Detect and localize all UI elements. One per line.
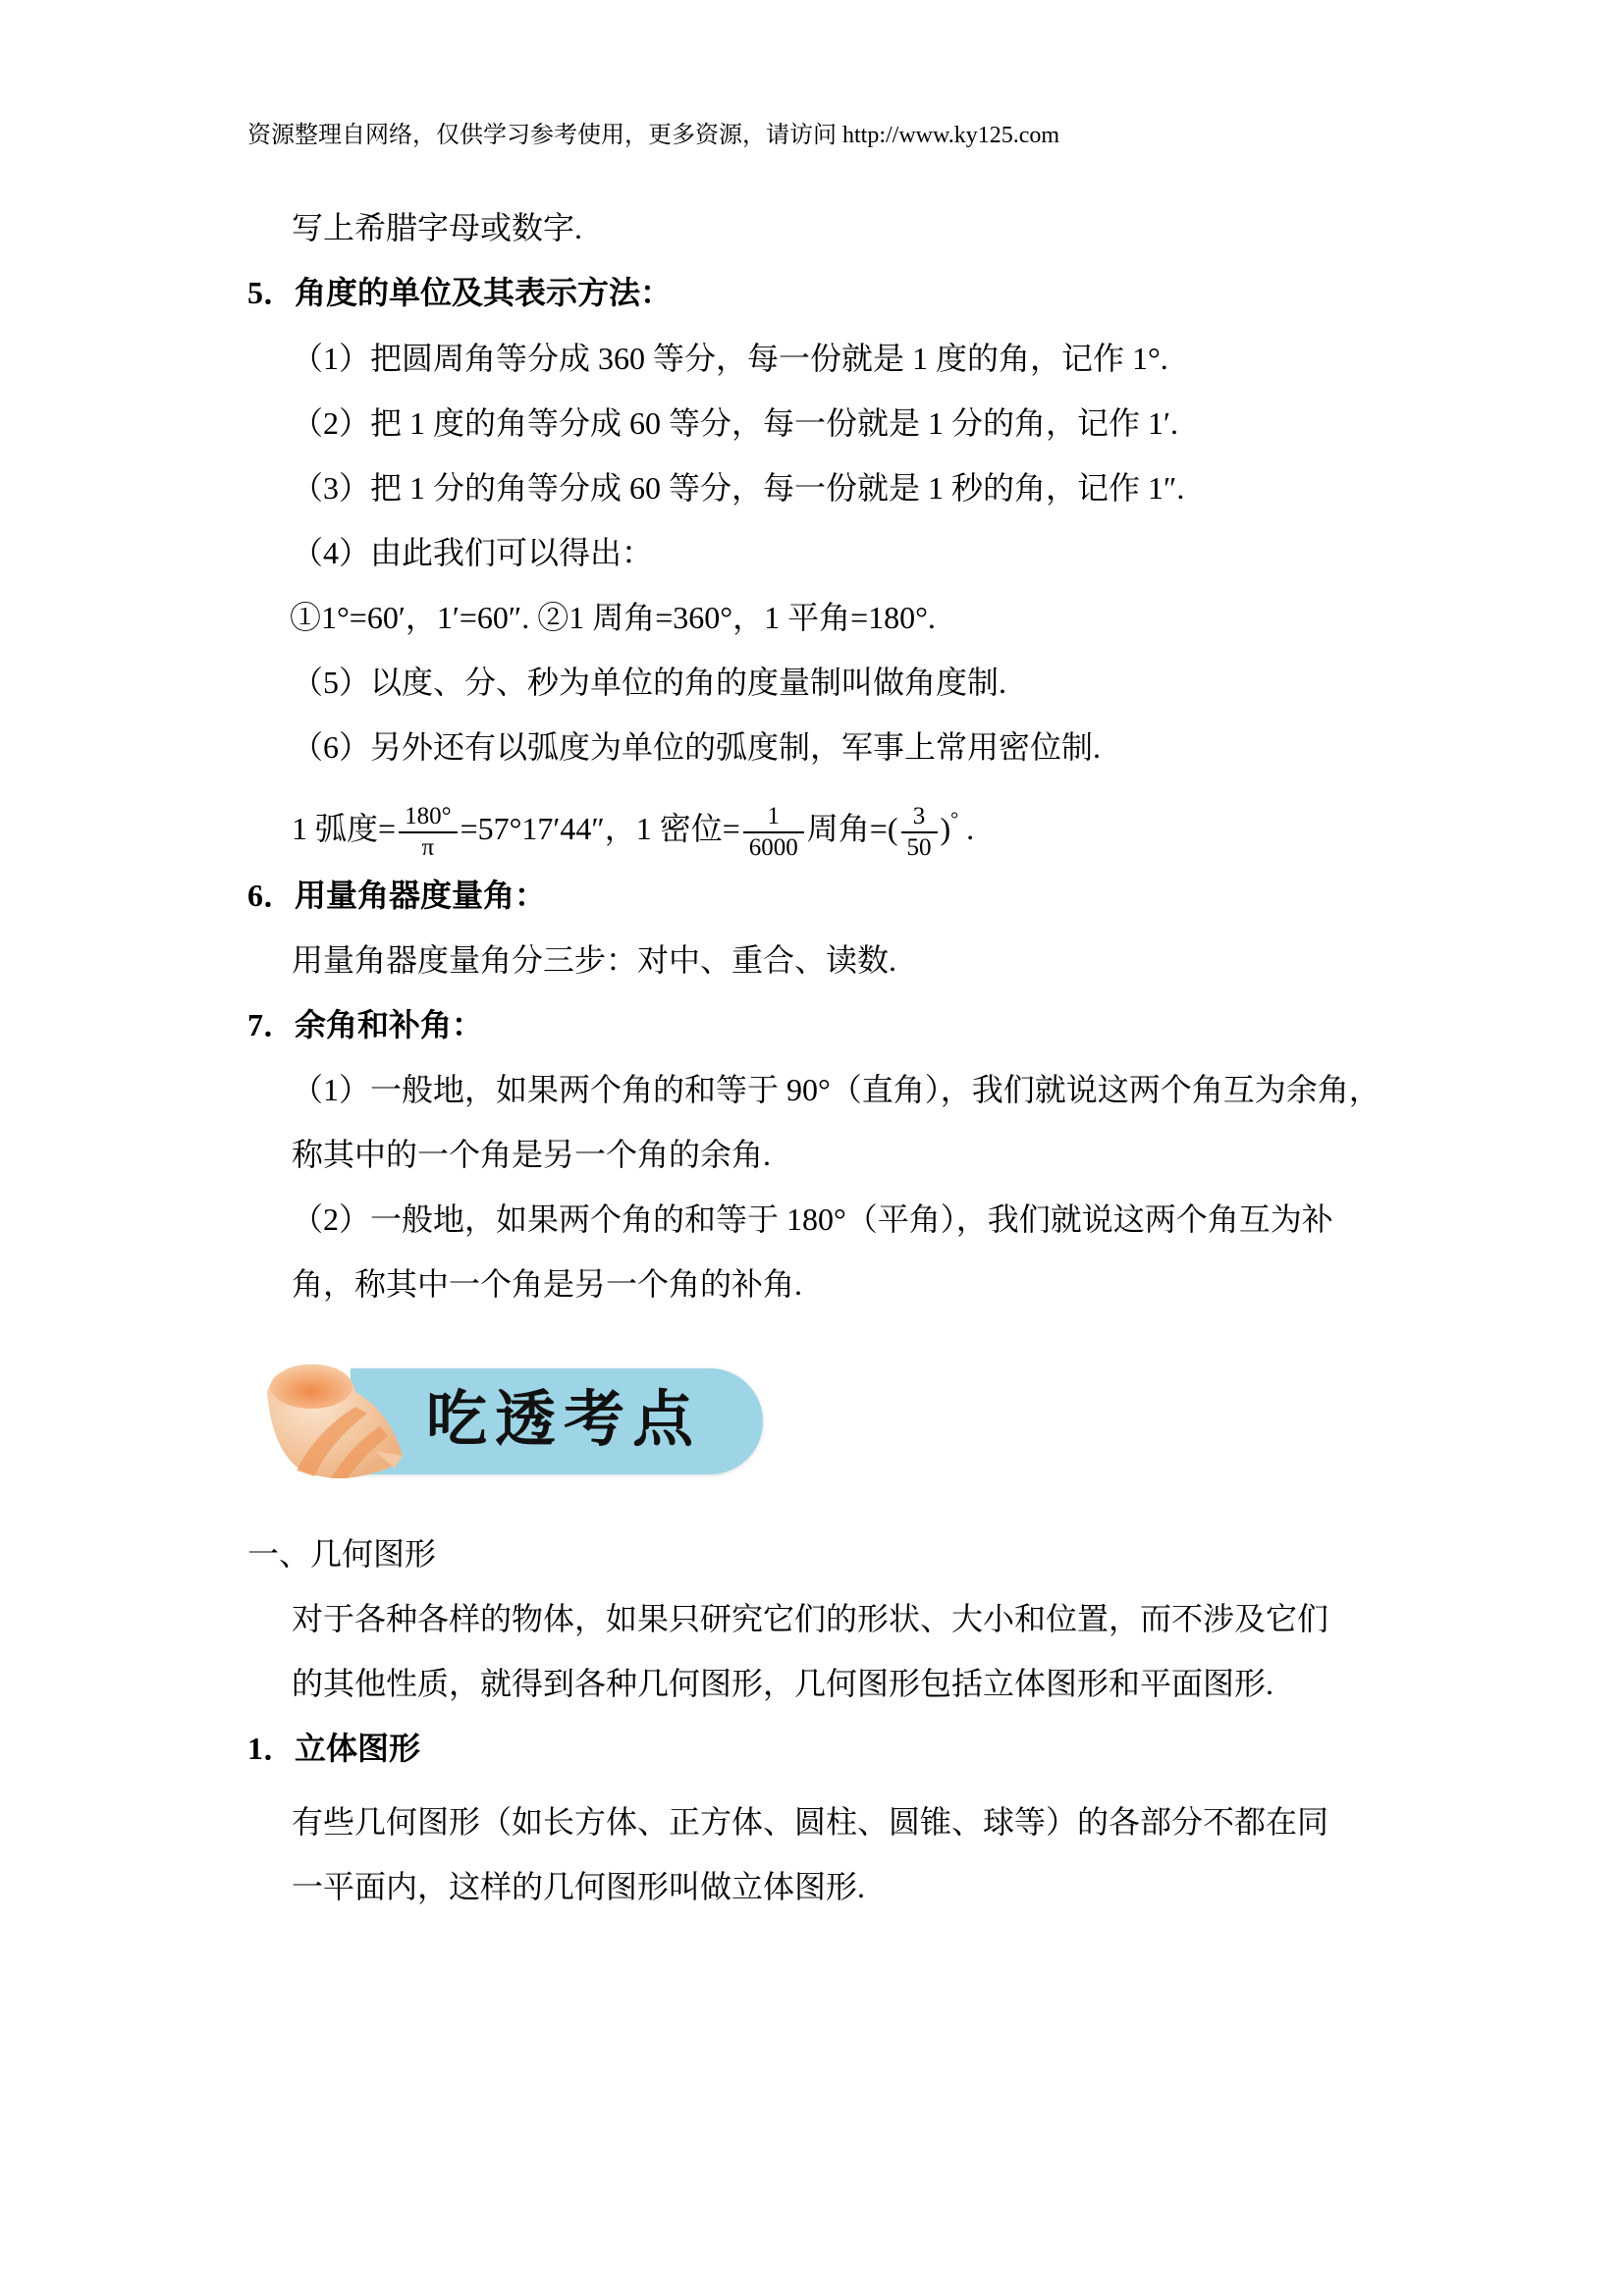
sub-1-line-2: 一平面内，这样的几何图形叫做立体图形. [292,1867,865,1906]
continuation-text: 写上希腊字母或数字. [292,208,582,247]
part-1-para-line-2: 的其他性质，就得到各种几何图形，几何图形包括立体图形和平面图形. [292,1664,1273,1703]
sub-1-line-1: 有些几何图形（如长方体、正方体、圆柱、圆锥、球等）的各部分不都在同 [292,1802,1328,1842]
formula-prefix: 1 弧度= [292,811,396,846]
section-5-item-5: ①1°=60′，1′=60″. ②1 周角=360°，1 平角=180°. [290,598,936,637]
section-6-title: 6．用量角器度量角： [247,876,546,915]
fraction-180-over-pi: 180°π [399,802,458,863]
section-5-item-4: （4）由此我们可以得出： [292,533,653,572]
section-5-title: 5．角度的单位及其表示方法： [247,273,672,312]
section-7-item-2-line-1: （2）一般地，如果两个角的和等于 180°（平角），我们就说这两个角互为补 [292,1200,1333,1239]
formula-end: . [958,811,974,846]
banner-title: 吃透考点 [426,1380,701,1459]
section-banner: 吃透考点 [257,1353,778,1490]
section-7-item-1-line-2: 称其中的一个角是另一个角的余角. [292,1135,771,1174]
formula-after-frac2: 周角=( [807,811,898,846]
section-5-item-2: （2）把 1 度的角等分成 60 等分，每一份就是 1 分的角，记作 1′. [292,403,1178,443]
fraction-3-over-50: 350 [901,802,938,863]
part-1-title: 一、几何图形 [247,1534,436,1574]
header-watermark: 资源整理自网络，仅供学习参考使用，更多资源，请访问 http://www.ky1… [247,121,1059,150]
formula-middle: =57°17′44″，1 密位= [460,811,740,846]
section-5-item-1: （1）把圆周角等分成 360 等分，每一份就是 1 度的角，记作 1°. [292,339,1168,378]
section-5-item-7: （6）另外还有以弧度为单位的弧度制，军事上常用密位制. [292,727,1101,767]
section-7-item-1-line-1: （1）一般地，如果两个角的和等于 90°（直角），我们就说这两个角互为余角， [292,1070,1380,1109]
seashell-icon [257,1353,405,1490]
sub-1-title: 1．立体图形 [247,1729,420,1768]
section-7-item-2-line-2: 角，称其中一个角是另一个角的补角. [292,1264,802,1304]
formula-suffix: ) [941,811,951,846]
section-5-item-6: （5）以度、分、秒为单位的角的度量制叫做角度制. [292,663,1006,702]
section-5-item-3: （3）把 1 分的角等分成 60 等分，每一份就是 1 秒的角，记作 1″. [292,468,1184,507]
section-6-text: 用量角器度量角分三步：对中、重合、读数. [292,940,896,980]
fraction-1-over-6000: 16000 [743,802,804,863]
degree-symbol: ° [950,809,958,830]
section-7-title: 7．余角和补角： [247,1005,483,1044]
part-1-para-line-1: 对于各种各样的物体，如果只研究它们的形状、大小和位置，而不涉及它们 [292,1599,1328,1638]
radian-formula: 1 弧度=180°π=57°17′44″，1 密位=16000周角=(350)°… [292,785,974,863]
